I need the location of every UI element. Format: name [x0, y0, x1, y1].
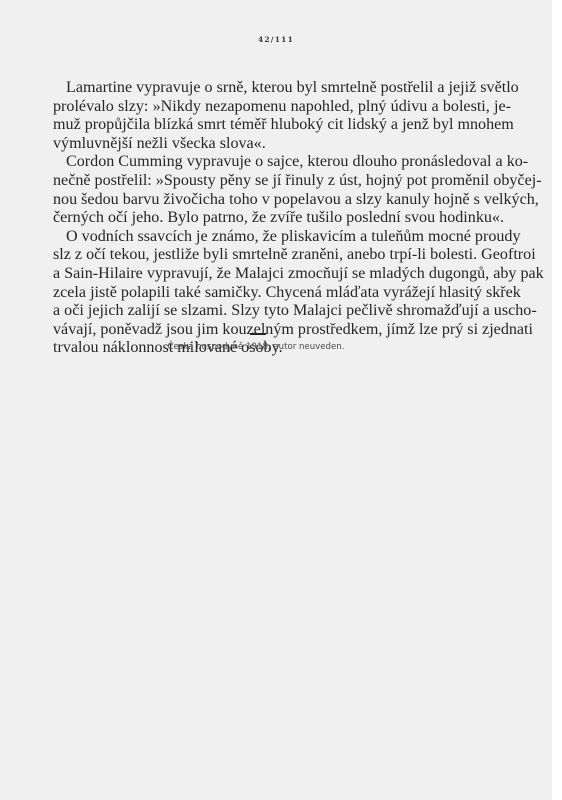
section-divider: [250, 333, 266, 335]
text-line: prolévalo slzy: »Nikdy nezapomenu napohl…: [53, 98, 511, 117]
body-text: Lamartine vypravuje o srně, kterou byl s…: [53, 79, 511, 358]
paragraph-3: O vodních ssavcích je známo, že pliskavi…: [53, 228, 511, 358]
text-line: černých očí jeho. Bylo patrno, že zvíře …: [53, 209, 511, 228]
text-line: slz z očí tekou, jestliže byli smrtelně …: [53, 246, 511, 265]
text-line: vávají, poněvadž jsou jim kouzelným pros…: [53, 321, 511, 340]
paragraph-2: Cordon Cumming vypravuje o sajce, kterou…: [53, 153, 511, 227]
text-line: Cordon Cumming vypravuje o sajce, kterou…: [53, 153, 511, 172]
text-line: nou šedou barvu živočicha toho v popelav…: [53, 191, 511, 210]
text-line: výmluvnější nežli všecka slova«.: [53, 135, 511, 154]
text-line: a Sain-Hilaire vypravují, že Malajci zmo…: [53, 265, 511, 284]
document-page: 42/111 Lamartine vypravuje o srně, ktero…: [0, 0, 552, 800]
text-line: zcela jistě polapili také samičky. Chyce…: [53, 284, 511, 303]
source-caption: Česká hospodyně 1918, autor neuveden.: [0, 342, 512, 352]
text-line: nečně postřelil: »Spousty pěny se jí řin…: [53, 172, 511, 191]
text-line: muž propůjčila blízká smrt téměř hluboký…: [53, 116, 511, 135]
text-line: O vodních ssavcích je známo, že pliskavi…: [53, 228, 511, 247]
text-line: a oči jejich zalijí se slzami. Slzy tyto…: [53, 302, 511, 321]
paragraph-1: Lamartine vypravuje o srně, kterou byl s…: [53, 79, 511, 153]
text-line: Lamartine vypravuje o srně, kterou byl s…: [53, 79, 511, 98]
page-number: 42/111: [0, 35, 552, 44]
